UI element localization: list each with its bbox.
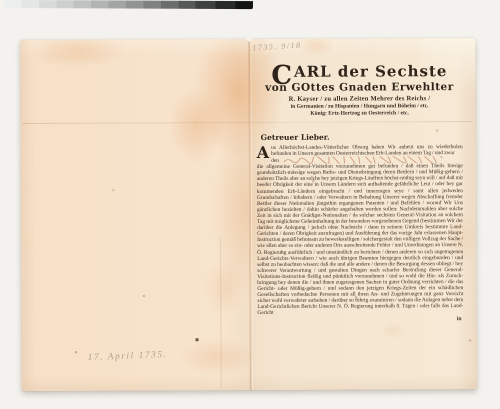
document-sheet: 1735. 9/18 CARL der Sechste von GOttes G… — [20, 38, 477, 391]
ink-specks — [20, 40, 21, 41]
fold-crease — [248, 39, 252, 390]
title-line-2: von GOttes Gnaden Erwehlter — [256, 81, 462, 94]
title-line-1-rest: ARL der Sechste — [294, 62, 447, 81]
body-paragraph: die allgemeine General-Visitation vorzun… — [257, 163, 464, 316]
body-opening: Aus Allerhöchst-Landes-Vätterlicher Obso… — [257, 144, 463, 157]
photo-background: { "photo": { "background_color": "#f3f2e… — [0, 0, 500, 409]
catchword: in — [257, 316, 463, 323]
grayscale-calibration-strip — [4, 0, 253, 9]
pencil-note-bottom: 17. April 1735. — [87, 348, 227, 363]
pencil-note-top: 1735. 9/18 — [252, 38, 342, 52]
fold-notch — [245, 38, 253, 42]
body-opening-text: us Allerhöchst-Landes-Vätterlicher Obsor… — [271, 144, 463, 157]
title-line-4: in Germanien / zu Hispanien / Hungarn un… — [257, 103, 463, 110]
secondary-crease — [220, 237, 222, 389]
title-line-3: R. Kayser / zu allen Zeiten Mehrer des R… — [256, 95, 462, 103]
body-drop-cap: A — [257, 145, 271, 159]
title-line-1: CARL der Sechste — [256, 62, 462, 81]
right-page-print: CARL der Sechste von GOttes Gnaden Erweh… — [256, 62, 463, 322]
salutation: Getreuer Lieber. — [261, 132, 463, 142]
title-line-5: König: Ertz-Hertzog zu Oesterreich / etc… — [257, 110, 463, 117]
